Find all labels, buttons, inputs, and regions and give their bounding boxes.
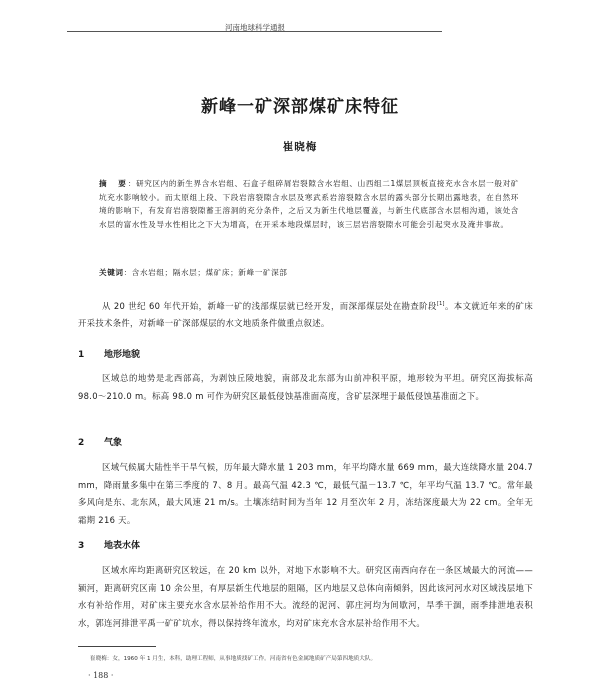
keywords: 关键词：含水岩组；隔水层；煤矿床；新峰一矿深部 bbox=[99, 266, 519, 279]
section-body-1: 区域总的地势是北西部高，为剥蚀丘陵地貌，南部及北东部为山前冲积平原，地形较为平坦… bbox=[78, 370, 533, 405]
header-rule bbox=[67, 31, 442, 32]
intro-paragraph: 从 20 世纪 60 年代开始，新峰一矿的浅部煤层就已经开发，而深部煤层处在勘查… bbox=[78, 296, 533, 333]
abstract: 摘 要：研究区内的新生界含水岩组、石盒子组碎屑岩裂隙含水岩组、山西组二1煤层顶板… bbox=[99, 177, 519, 231]
citation-ref: [1] bbox=[437, 301, 445, 307]
section-number: 2 bbox=[78, 438, 104, 448]
page-number: · 188 · bbox=[88, 671, 113, 680]
section-number: 1 bbox=[78, 350, 104, 360]
section-heading-3: 3地表水体 bbox=[78, 538, 140, 551]
keywords-label: 关键词 bbox=[99, 268, 124, 277]
footnote-rule bbox=[78, 646, 156, 647]
section-heading-2: 2气象 bbox=[78, 435, 122, 448]
abstract-label: 摘 要 bbox=[99, 179, 128, 188]
section-body-3: 区域水库均距离研究区较远，在 20 km 以外，对地下水影响不大。研究区南西向存… bbox=[78, 562, 533, 632]
section-heading-1: 1地形地貌 bbox=[78, 347, 140, 360]
section-title: 地表水体 bbox=[104, 541, 140, 551]
intro-text-1: 从 20 世纪 60 年代开始，新峰一矿的浅部煤层就已经开发，而深部煤层处在勘查… bbox=[102, 301, 437, 311]
section-title: 气象 bbox=[104, 438, 122, 448]
abstract-text: ：研究区内的新生界含水岩组、石盒子组碎屑岩裂隙含水岩组、山西组二1煤层顶板直接充… bbox=[99, 179, 519, 229]
author-name: 崔晓梅 bbox=[0, 139, 600, 154]
section-body-2: 区域气候属大陆性半干旱气候，历年最大降水量 1 203 mm，年平均降水量 66… bbox=[78, 459, 533, 529]
section-title: 地形地貌 bbox=[104, 350, 140, 360]
author-footnote: 崔晓梅：女，1960 年 1 月生，本科，助理工程师，从事地质找矿工作。河南省有… bbox=[90, 654, 540, 662]
keywords-text: ：含水岩组；隔水层；煤矿床；新峰一矿深部 bbox=[124, 268, 288, 277]
paper-title: 新峰一矿深部煤矿床特征 bbox=[0, 92, 600, 117]
section-number: 3 bbox=[78, 541, 104, 551]
